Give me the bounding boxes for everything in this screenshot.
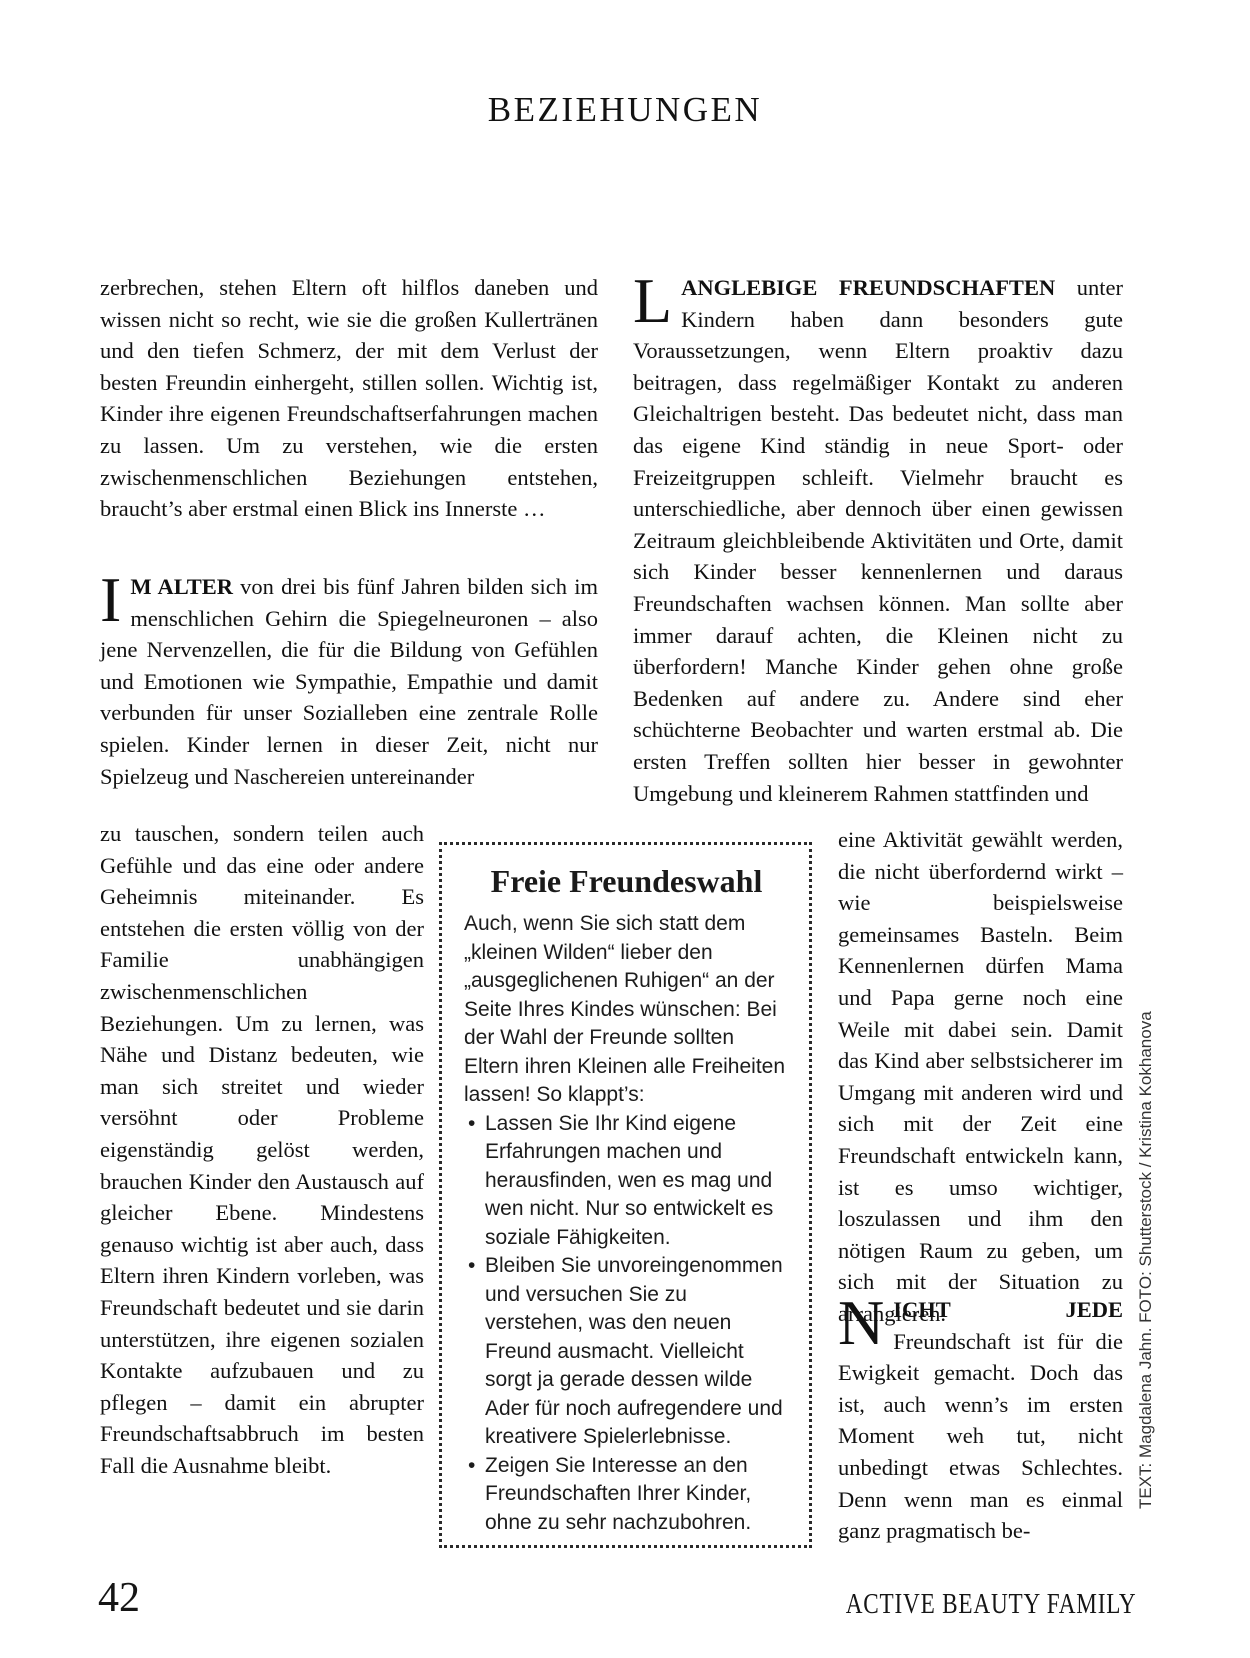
- photo-credit: TEXT: Magdalena Jahn. FOTO: Shutterstock…: [1136, 949, 1158, 1509]
- paragraph-text: von drei bis fünf Jahren bilden sich im …: [100, 574, 598, 789]
- infobox-title: Freie Freundeswahl: [464, 863, 789, 900]
- column2-paragraph1-wide: LANGLEBIGE FREUNDSCHAFTEN unter Kindern …: [633, 272, 1123, 809]
- column1-paragraph2-wide: IM ALTER von drei bis fünf Jahren bilden…: [100, 571, 598, 792]
- page-number: 42: [98, 1574, 140, 1622]
- magazine-name: ACTIVE BEAUTY FAMILY: [845, 1588, 1136, 1621]
- paragraph-lead-in: M ALTER: [130, 574, 233, 599]
- drop-cap-n: N: [838, 1294, 893, 1348]
- magazine-page: BEZIEHUNGEN zerbrechen, stehen Eltern of…: [0, 0, 1250, 1658]
- bullet-item: Zeigen Sie Interesse an den Freundschaft…: [468, 1452, 789, 1538]
- infobox-bullet-list: Lassen Sie Ihr Kind eigene Erfahrungen m…: [464, 1110, 789, 1538]
- bullet-item: Bleiben Sie unvoreingenommen und versuch…: [468, 1252, 789, 1452]
- section-title: BEZIEHUNGEN: [0, 90, 1250, 130]
- column2-paragraph2: NICHT JEDE Freundschaft ist für die Ewig…: [838, 1294, 1123, 1547]
- column1-paragraph1: zerbrechen, stehen Eltern oft hilflos da…: [100, 272, 598, 525]
- paragraph-text: unter Kindern haben dann besonders gute …: [633, 275, 1123, 806]
- drop-cap-i: I: [100, 571, 130, 625]
- paragraph-text: Freundschaft ist für die Ewigkeit gemach…: [838, 1329, 1123, 1544]
- column1-paragraph2-narrow: zu tauschen, sondern teilen auch Gefühle…: [100, 818, 424, 1481]
- infobox-intro: Auch, wenn Sie sich statt dem „kleinen W…: [464, 910, 789, 1110]
- drop-cap-l: L: [633, 272, 681, 326]
- paragraph-lead-in: ANGLEBIGE FREUNDSCHAFTEN: [681, 275, 1055, 300]
- paragraph-lead-in: ICHT JEDE: [893, 1297, 1123, 1322]
- infobox-freie-freundeswahl: Freie Freundeswahl Auch, wenn Sie sich s…: [439, 842, 812, 1548]
- column2-paragraph1-narrow: eine Aktivität gewählt werden, die nicht…: [838, 824, 1123, 1330]
- bullet-item: Lassen Sie Ihr Kind eigene Erfahrungen m…: [468, 1110, 789, 1253]
